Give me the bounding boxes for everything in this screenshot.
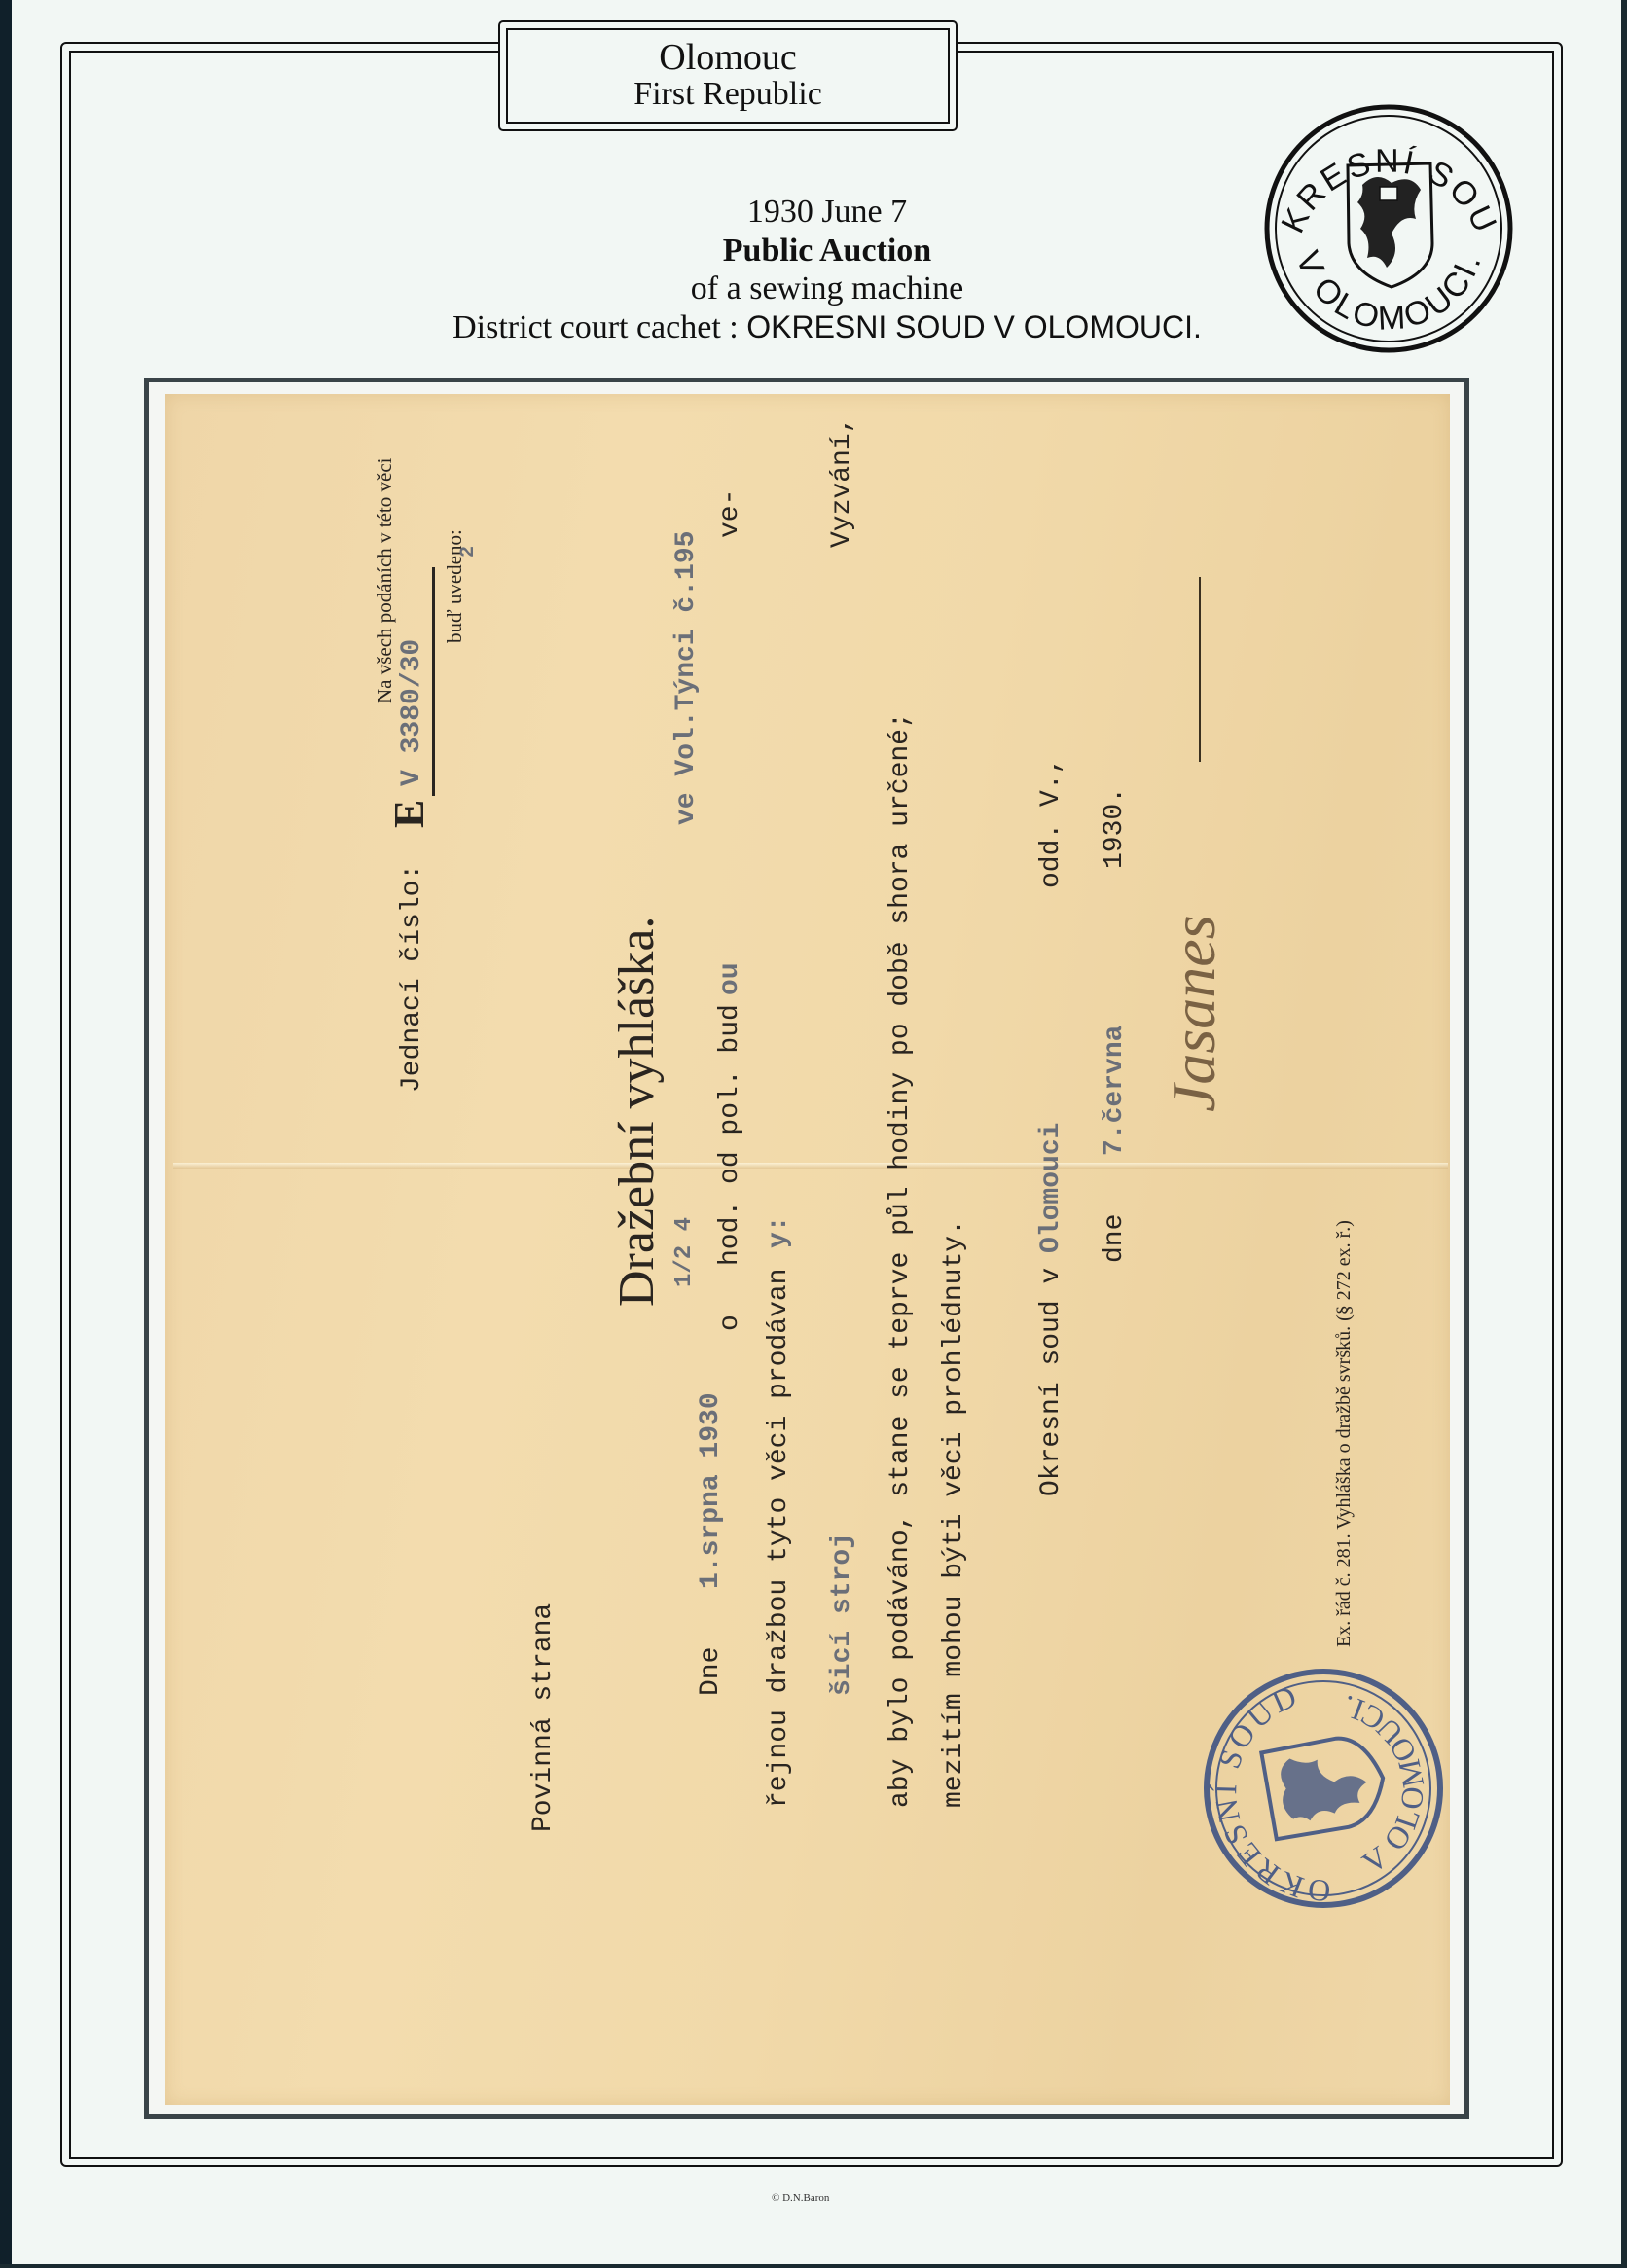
cachet-label: District court cachet : bbox=[452, 309, 746, 345]
title-box-inner: Olomouc First Republic bbox=[506, 28, 950, 124]
hod-text: hod. od pol. bud bbox=[715, 1004, 745, 1266]
form-footer: Ex. řád č. 281. Vyhláška o dražbě svršků… bbox=[1333, 1220, 1356, 1647]
line-ve: ve- bbox=[715, 489, 745, 538]
issue-year: 1930. bbox=[1100, 787, 1130, 869]
reference-suffix: 2 bbox=[457, 546, 480, 558]
line-dne: Dne bbox=[696, 1647, 726, 1696]
title-box: Olomouc First Republic bbox=[498, 20, 958, 131]
auction-item: šicí stroj bbox=[827, 1532, 857, 1696]
caption: 1930 June 7 Public Auction of a sewing m… bbox=[341, 193, 1314, 347]
filing-note-line1: Na všech podáních v této věci bbox=[373, 458, 396, 704]
reference-number: V 3380/30 bbox=[397, 639, 427, 786]
cachet-illustration: OKRESNÍ SOUD V OLOMOUCI. bbox=[1255, 97, 1523, 360]
court-label: Okresní soud v bbox=[1036, 1268, 1067, 1496]
copyright-notice: © D.N.Baron bbox=[772, 2192, 829, 2204]
caption-title: Public Auction bbox=[341, 232, 1314, 270]
reference-prefix: E bbox=[384, 800, 434, 828]
filing-note-line2: buď uvedeno: bbox=[443, 458, 466, 704]
scan-edge-left bbox=[0, 0, 12, 2268]
page-subtitle: First Republic bbox=[508, 77, 948, 112]
vyzvani: Vyzvání, bbox=[827, 417, 857, 548]
scan-edge-right bbox=[1621, 0, 1627, 2268]
document-text-layer: Na všech podáních v této věci buď uveden… bbox=[165, 394, 1450, 2105]
court-city: Olomouci bbox=[1036, 1123, 1067, 1253]
page-title: Olomouc bbox=[508, 38, 948, 77]
auction-place: ve Vol.Týnci č.195 bbox=[671, 531, 702, 825]
auction-hour: 1/2 4 bbox=[671, 1217, 698, 1287]
issue-date: 7.června bbox=[1100, 1026, 1130, 1156]
obligated-party-label: Povinná strana bbox=[528, 1603, 559, 1832]
line-dne-2: dne bbox=[1100, 1214, 1130, 1263]
caption-date: 1930 June 7 bbox=[341, 193, 1314, 232]
auction-date: 1.srpna 1930 bbox=[696, 1392, 726, 1589]
caption-cachet: District court cachet : OKRESNI SOUD V O… bbox=[341, 307, 1314, 347]
court-seal-icon: OKRESNÍ SOUD V OLOMOUCI. bbox=[1255, 97, 1523, 360]
line-aby: aby bylo podáváno, stane se teprve půl h… bbox=[886, 712, 916, 1808]
caption-subtitle: of a sewing machine bbox=[341, 270, 1314, 307]
hour-stamp: ou bbox=[715, 962, 745, 995]
signature: Jasanes bbox=[1158, 915, 1230, 1112]
signature-line bbox=[1199, 577, 1201, 762]
district-court-cachet-icon: OKRESNÍ SOUD V OLOMOUCI. bbox=[1197, 1657, 1450, 1920]
line-sale: řejnou dražbou tyto věci prodávan bbox=[764, 1269, 794, 1809]
court-dept: odd. V., bbox=[1036, 758, 1067, 888]
notice-heading: Dražební vyhláška. bbox=[608, 917, 666, 1307]
line-mezitim: mezitím mohou býti věci prohlédnuty. bbox=[939, 1219, 969, 1808]
reference-underline bbox=[432, 567, 435, 796]
sale-stamp: y: bbox=[764, 1215, 794, 1248]
cachet-name: OKRESNI SOUD V OLOMOUCI. bbox=[746, 309, 1202, 344]
line-o: o bbox=[715, 1314, 745, 1331]
reference-label: Jednací číslo: bbox=[397, 864, 427, 1093]
scan-edge-bottom bbox=[0, 2264, 1627, 2268]
